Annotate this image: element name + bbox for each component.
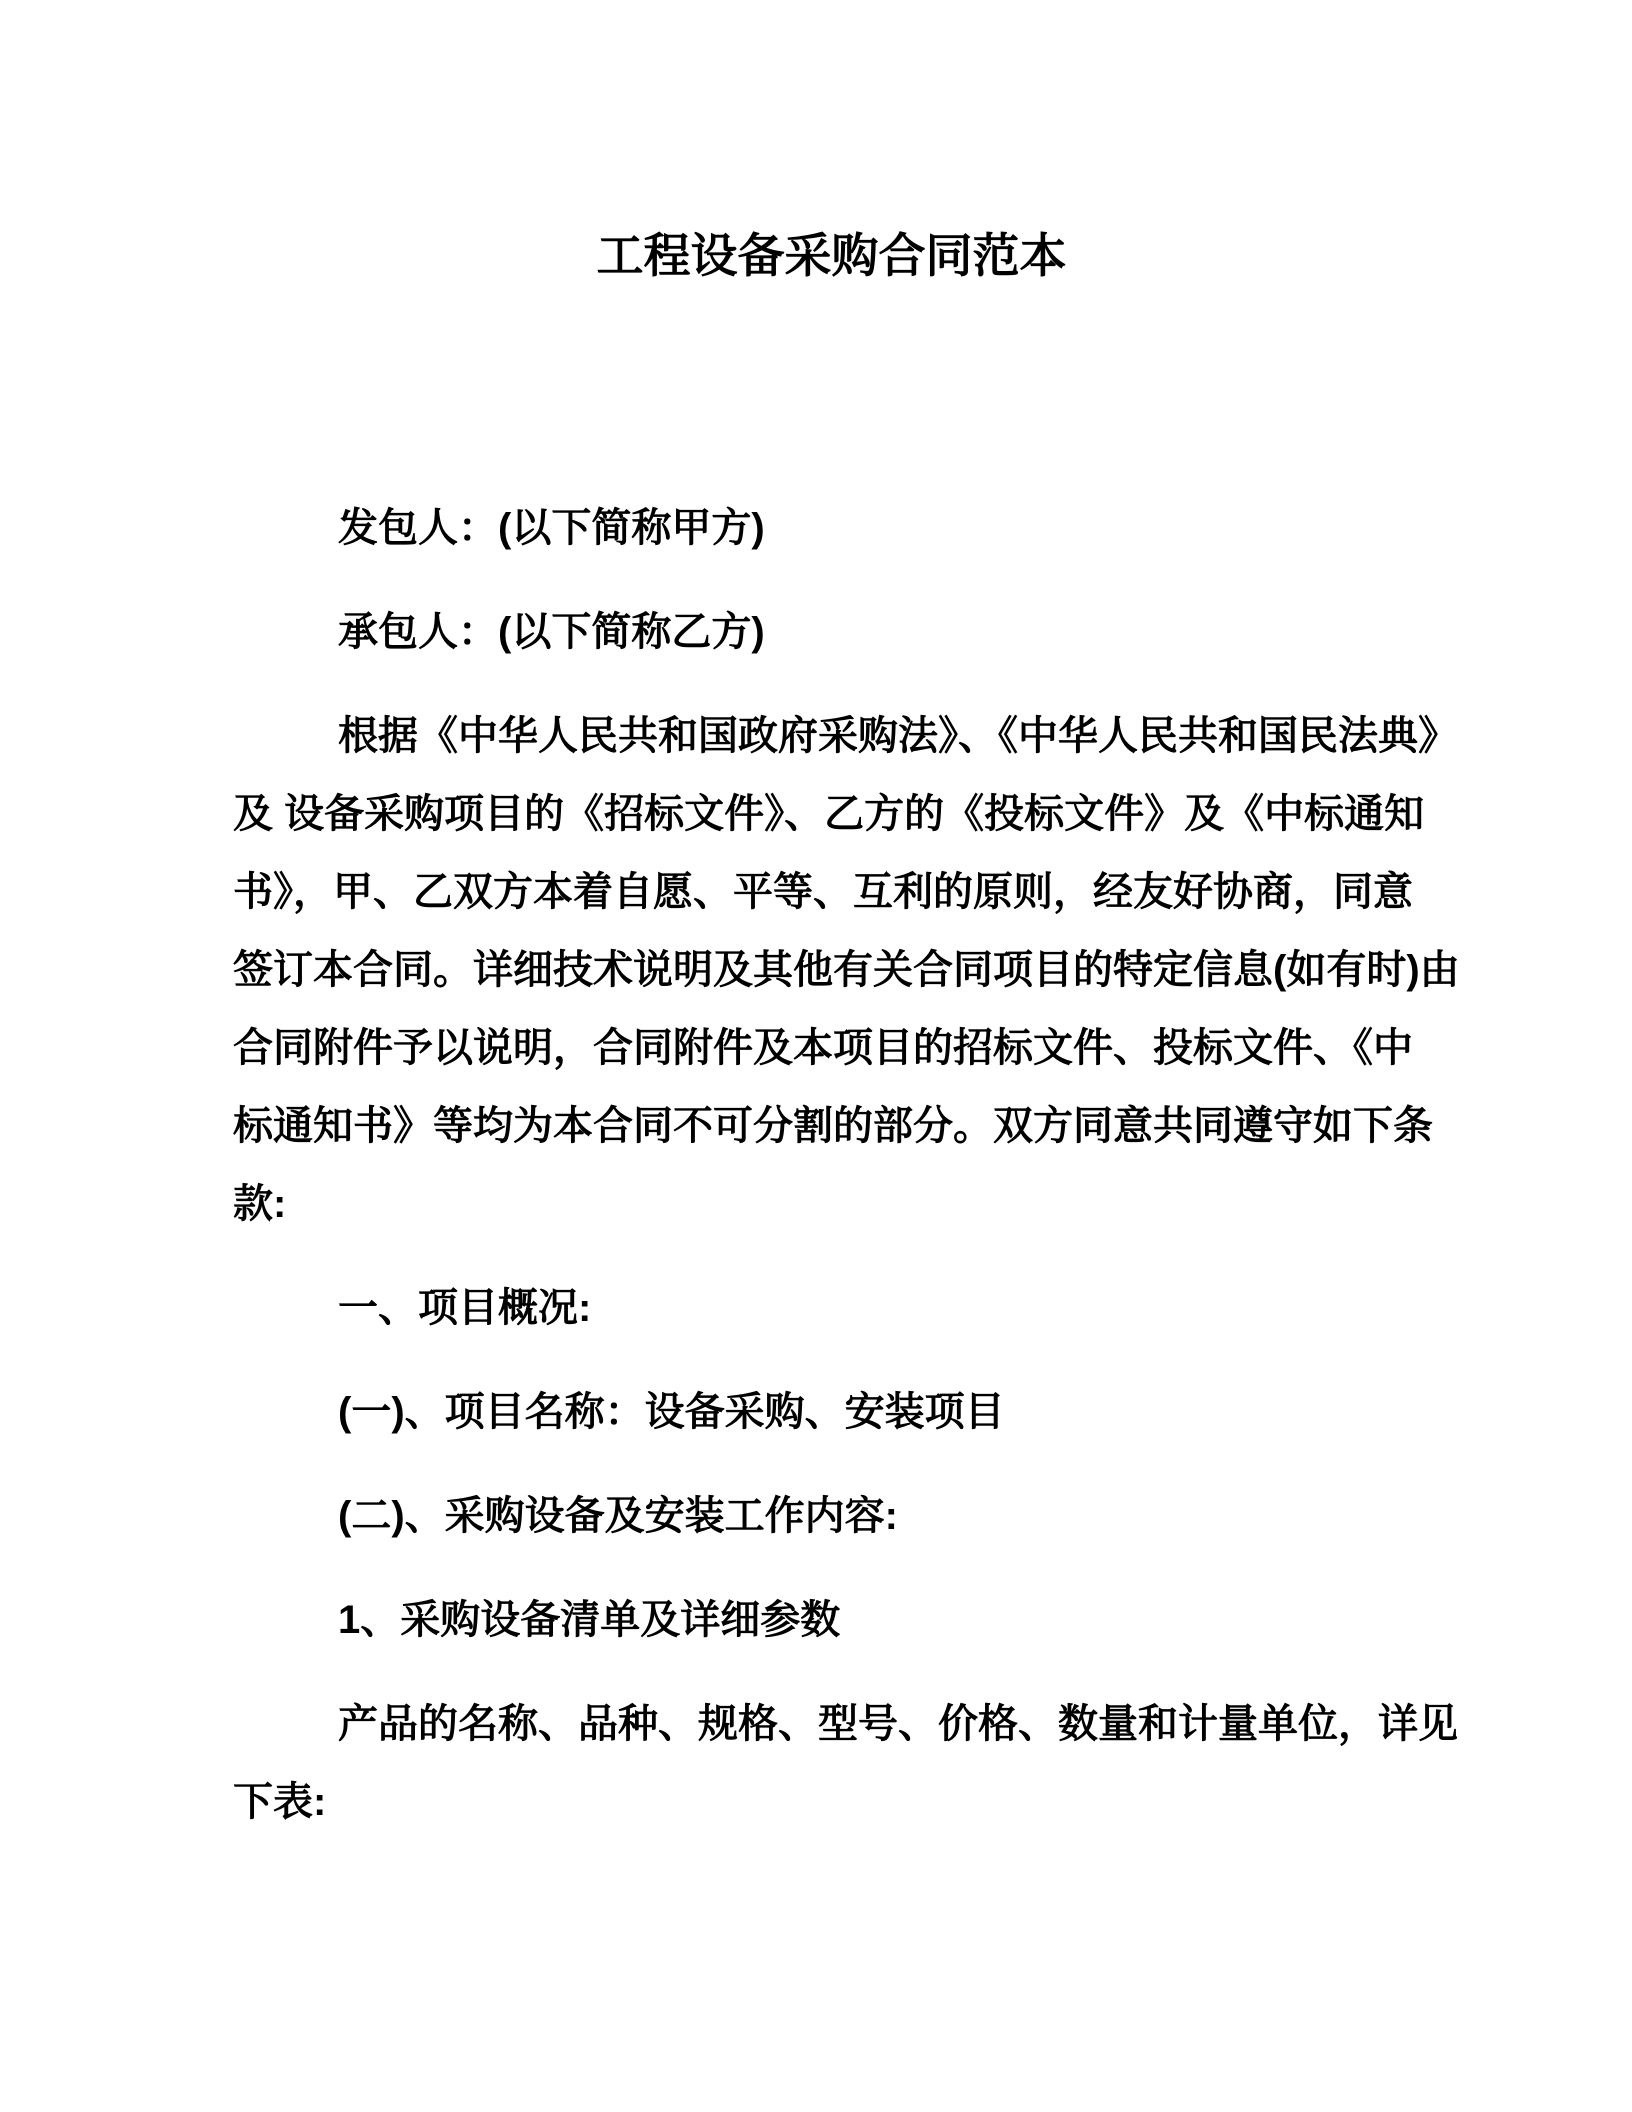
preamble-line: 及 设备采购项目的《招标文件》、乙方的《投标文件》及《中标通知 xyxy=(233,775,1430,853)
preamble-line: 根据《中华人民共和国政府采购法》、《中华人民共和国民法典》 xyxy=(233,697,1430,775)
section-item-work-content: (二)、采购设备及安装工作内容: xyxy=(233,1477,1430,1555)
preamble-line: 合同附件予以说明，合同附件及本项目的招标文件、投标文件、《中 xyxy=(233,1009,1430,1087)
preamble-line: 款: xyxy=(233,1165,1430,1243)
party-b-line: 承包人：(以下简称乙方) xyxy=(233,593,1430,671)
party-a-line: 发包人：(以下简称甲方) xyxy=(233,489,1430,567)
preamble-line: 书》，甲、乙双方本着自愿、平等、互利的原则，经友好协商，同意 xyxy=(233,853,1430,931)
document-title: 工程设备采购合同范本 xyxy=(233,214,1430,298)
product-note-line: 下表: xyxy=(233,1763,1430,1841)
product-note-paragraph: 产品的名称、品种、规格、型号、价格、数量和计量单位，详见 下表: xyxy=(233,1685,1430,1841)
preamble-paragraph: 根据《中华人民共和国政府采购法》、《中华人民共和国民法典》 及 设备采购项目的《… xyxy=(233,697,1430,1243)
section-item-project-name: (一)、项目名称：设备采购、安装项目 xyxy=(233,1373,1430,1451)
product-note-line: 产品的名称、品种、规格、型号、价格、数量和计量单位，详见 xyxy=(233,1685,1430,1763)
section-heading-overview: 一、项目概况: xyxy=(233,1269,1430,1347)
preamble-line: 签订本合同。详细技术说明及其他有关合同项目的特定信息(如有时)由 xyxy=(233,931,1430,1009)
section-item-equipment-list: 1、采购设备清单及详细参数 xyxy=(233,1581,1430,1659)
contract-document-page: 工程设备采购合同范本 发包人：(以下简称甲方) 承包人：(以下简称乙方) 根据《… xyxy=(0,0,1632,2112)
preamble-line: 标通知书》等均为本合同不可分割的部分。双方同意共同遵守如下条 xyxy=(233,1087,1430,1165)
